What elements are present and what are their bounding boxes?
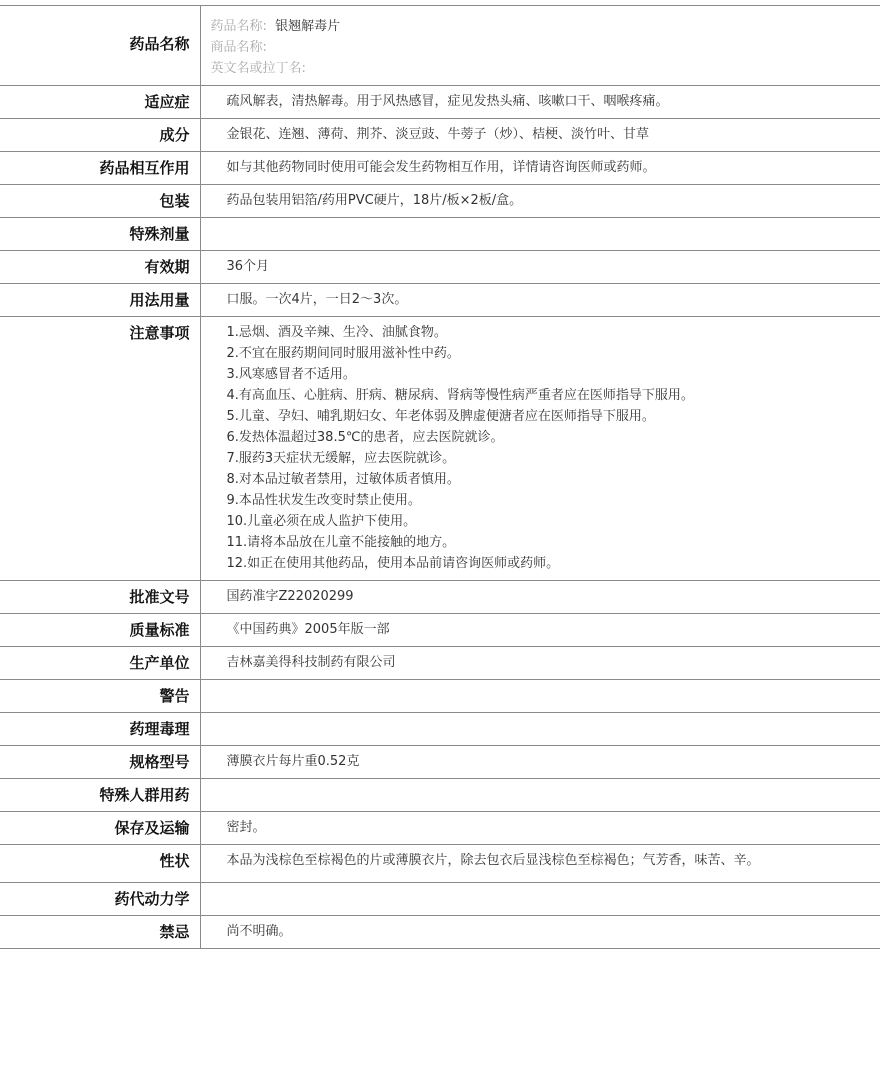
row-label: 药理毒理 bbox=[0, 713, 200, 746]
row-storage: 保存及运输密封。 bbox=[0, 812, 880, 845]
precaution-item: 9.本品性状发生改变时禁止使用。 bbox=[227, 490, 801, 511]
row-value: 如与其他药物同时使用可能会发生药物相互作用，详情请咨询医师或药师。 bbox=[200, 152, 880, 185]
row-specification: 规格型号薄膜衣片每片重0.52克 bbox=[0, 746, 880, 779]
row-drug-name: 药品名称 药品名称: 银翘解毒片 商品名称: 英文名或拉丁名: bbox=[0, 6, 880, 86]
row-label: 有效期 bbox=[0, 251, 200, 284]
row-label: 成分 bbox=[0, 119, 200, 152]
row-contraindications: 禁忌尚不明确。 bbox=[0, 916, 880, 949]
precautions-list: 1.忌烟、酒及辛辣、生冷、油腻食物。 2.不宜在服药期间同时服用滋补性中药。 3… bbox=[200, 317, 880, 581]
row-label: 注意事项 bbox=[0, 317, 200, 581]
precaution-item: 1.忌烟、酒及辛辣、生冷、油腻食物。 bbox=[227, 322, 801, 343]
row-precautions: 注意事项 1.忌烟、酒及辛辣、生冷、油腻食物。 2.不宜在服药期间同时服用滋补性… bbox=[0, 317, 880, 581]
field-key: 商品名称: bbox=[211, 40, 267, 55]
row-dosage: 用法用量口服。一次4片，一日2～3次。 bbox=[0, 284, 880, 317]
row-value: 口服。一次4片，一日2～3次。 bbox=[200, 284, 880, 317]
row-value bbox=[200, 883, 880, 916]
row-value: 《中国药典》2005年版一部 bbox=[200, 614, 880, 647]
row-label: 规格型号 bbox=[0, 746, 200, 779]
row-ingredients: 成分金银花、连翘、薄荷、荆芥、淡豆豉、牛蒡子（炒）、桔梗、淡竹叶、甘草 bbox=[0, 119, 880, 152]
row-manufacturer: 生产单位吉林嘉美得科技制药有限公司 bbox=[0, 647, 880, 680]
row-value: 药品包装用铝箔/药用PVC硬片，18片/板×2板/盒。 bbox=[200, 185, 880, 218]
row-appearance: 性状 本品为浅棕色至棕褐色的片或薄膜衣片，除去包衣后显浅棕色至棕褐色；气芳香，味… bbox=[0, 845, 880, 883]
row-label: 用法用量 bbox=[0, 284, 200, 317]
precaution-item: 12.如正在使用其他药品，使用本品前请咨询医师或药师。 bbox=[227, 553, 801, 574]
row-pharmacology: 药理毒理 bbox=[0, 713, 880, 746]
row-label: 批准文号 bbox=[0, 581, 200, 614]
row-pharmacokinetics: 药代动力学 bbox=[0, 883, 880, 916]
row-label: 特殊剂量 bbox=[0, 218, 200, 251]
row-label: 药品名称 bbox=[0, 6, 200, 86]
row-label: 适应症 bbox=[0, 86, 200, 119]
appearance-cell: 本品为浅棕色至棕褐色的片或薄膜衣片，除去包衣后显浅棕色至棕褐色；气芳香，味苦、辛… bbox=[200, 845, 880, 883]
row-value bbox=[200, 713, 880, 746]
row-interactions: 药品相互作用如与其他药物同时使用可能会发生药物相互作用，详情请咨询医师或药师。 bbox=[0, 152, 880, 185]
row-value: 金银花、连翘、薄荷、荆芥、淡豆豉、牛蒡子（炒）、桔梗、淡竹叶、甘草 bbox=[200, 119, 880, 152]
row-value bbox=[200, 680, 880, 713]
row-label: 药品相互作用 bbox=[0, 152, 200, 185]
row-value: 国药准字Z22020299 bbox=[200, 581, 880, 614]
row-label: 保存及运输 bbox=[0, 812, 200, 845]
precaution-item: 6.发热体温超过38.5℃的患者，应去医院就诊。 bbox=[227, 427, 801, 448]
field-value: 银翘解毒片 bbox=[275, 19, 340, 34]
row-label: 特殊人群用药 bbox=[0, 779, 200, 812]
row-label: 包装 bbox=[0, 185, 200, 218]
row-special-populations: 特殊人群用药 bbox=[0, 779, 880, 812]
precaution-item: 2.不宜在服药期间同时服用滋补性中药。 bbox=[227, 343, 801, 364]
row-value: 疏风解表，清热解毒。用于风热感冒，症见发热头痛、咳嗽口干、咽喉疼痛。 bbox=[200, 86, 880, 119]
row-value: 尚不明确。 bbox=[200, 916, 880, 949]
row-special-dosage: 特殊剂量 bbox=[0, 218, 880, 251]
precaution-item: 3.风寒感冒者不适用。 bbox=[227, 364, 801, 385]
row-value: 本品为浅棕色至棕褐色的片或薄膜衣片，除去包衣后显浅棕色至棕褐色；气芳香，味苦、辛… bbox=[227, 845, 801, 882]
row-approval-number: 批准文号国药准字Z22020299 bbox=[0, 581, 880, 614]
row-packaging: 包装药品包装用铝箔/药用PVC硬片，18片/板×2板/盒。 bbox=[0, 185, 880, 218]
precaution-item: 11.请将本品放在儿童不能接触的地方。 bbox=[227, 532, 801, 553]
field-key: 英文名或拉丁名: bbox=[211, 61, 306, 76]
field-key: 药品名称: bbox=[211, 19, 267, 34]
row-label: 禁忌 bbox=[0, 916, 200, 949]
row-label: 质量标准 bbox=[0, 614, 200, 647]
row-label: 性状 bbox=[0, 845, 200, 883]
precaution-item: 4.有高血压、心脏病、肝病、糖尿病、肾病等慢性病严重者应在医师指导下服用。 bbox=[227, 385, 801, 406]
row-value bbox=[200, 218, 880, 251]
drug-spec-table: 药品名称 药品名称: 银翘解毒片 商品名称: 英文名或拉丁名: 适应症疏风解表，… bbox=[0, 5, 880, 949]
precaution-item: 7.服药3天症状无缓解，应去医院就诊。 bbox=[227, 448, 801, 469]
precaution-item: 5.儿童、孕妇、哺乳期妇女、年老体弱及脾虚便溏者应在医师指导下服用。 bbox=[227, 406, 801, 427]
row-label: 警告 bbox=[0, 680, 200, 713]
row-indications: 适应症疏风解表，清热解毒。用于风热感冒，症见发热头痛、咳嗽口干、咽喉疼痛。 bbox=[0, 86, 880, 119]
drug-name-cell: 药品名称: 银翘解毒片 商品名称: 英文名或拉丁名: bbox=[200, 6, 880, 86]
row-shelf-life: 有效期36个月 bbox=[0, 251, 880, 284]
row-label: 药代动力学 bbox=[0, 883, 200, 916]
row-quality-standard: 质量标准《中国药典》2005年版一部 bbox=[0, 614, 880, 647]
row-value: 36个月 bbox=[200, 251, 880, 284]
row-value bbox=[200, 779, 880, 812]
row-warning: 警告 bbox=[0, 680, 880, 713]
row-value: 吉林嘉美得科技制药有限公司 bbox=[200, 647, 880, 680]
row-label: 生产单位 bbox=[0, 647, 200, 680]
precaution-item: 10.儿童必须在成人监护下使用。 bbox=[227, 511, 801, 532]
precaution-item: 8.对本品过敏者禁用，过敏体质者慎用。 bbox=[227, 469, 801, 490]
row-value: 密封。 bbox=[200, 812, 880, 845]
row-value: 薄膜衣片每片重0.52克 bbox=[200, 746, 880, 779]
